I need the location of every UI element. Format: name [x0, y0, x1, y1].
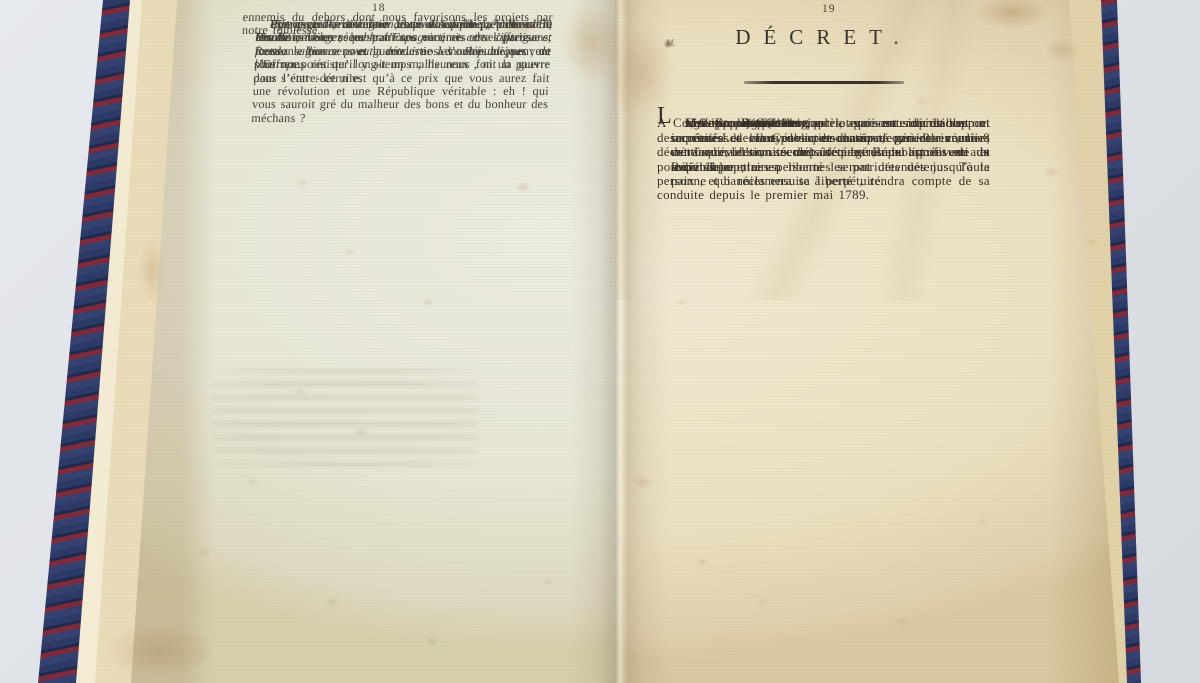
decorative-rule	[744, 81, 904, 84]
decree-heading: DÉCRET.	[657, 30, 990, 44]
text-run: .	[699, 116, 745, 130]
left-page-text: ennemis du dehors dont nous favorisons l…	[243, 11, 553, 18]
right-page-text: DÉCRET. LA Convention nationale , après …	[657, 20, 990, 116]
photograph-of-open-book: 18 19 M. ennemis du dehors dont nous fav…	[0, 0, 1200, 683]
page-number-right: 19	[822, 3, 836, 15]
text-run: Pour vous , détruisez le parti rebelle ;…	[251, 18, 553, 125]
